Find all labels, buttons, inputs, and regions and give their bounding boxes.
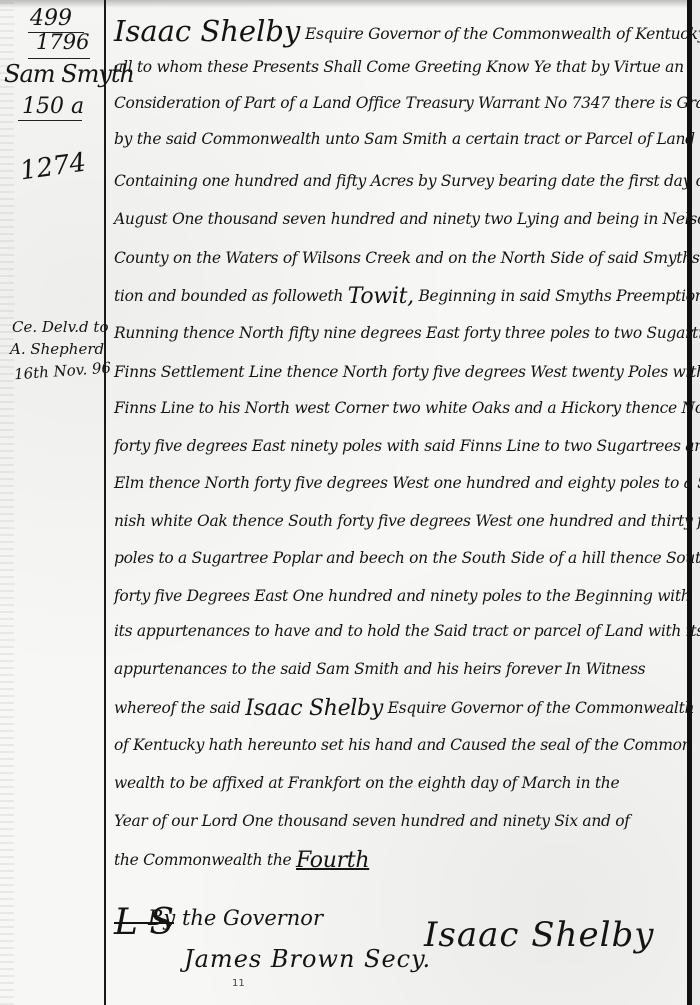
right-edge-strip [692,0,700,1005]
secretary-signature: James Brown Secy. [184,945,431,973]
grant-line: its appurtenances to have and to hold th… [114,622,700,640]
line-text: whereof the said [114,699,245,717]
grant-line: whereof the said Isaac Shelby Esquire Go… [114,696,694,721]
file-number: 1274 [18,148,88,187]
towit-word: Towit, [348,284,414,309]
grant-line: nish white Oak thence South forty five d… [114,512,700,530]
grant-line: appurtenances to the said Sam Smith and … [114,660,645,678]
record-year-rule [28,58,90,59]
acreage: 150 a [22,94,84,119]
page-mark: 11 [232,978,245,989]
grant-line: County on the Waters of Wilsons Creek an… [114,249,700,267]
line-text: Esquire Governor of the Commonwealth [383,699,694,717]
line-text: the Commonwealth the [114,851,296,869]
line-text: tion and bounded as followeth [114,287,348,305]
grant-line: all to whom these Presents Shall Come Gr… [114,58,684,76]
grant-line: Containing one hundred and fifty Acres b… [114,172,700,190]
margin-notes: 499 1796 Sam Smyth 150 a 1274 Ce. Delv.d… [0,0,104,1005]
grant-line: by the said Commonwealth unto Sam Smith … [114,130,695,148]
delivery-note-line: A. Shepherd [10,340,104,358]
line-text: Beginning in said Smyths Preemption line [414,287,700,305]
grant-line: the Commonwealth the Fourth [114,848,369,873]
grant-line: wealth to be affixed at Frankfort on the… [114,774,619,792]
grant-line: August One thousand seven hundred and ni… [114,210,700,228]
governor-signature: Isaac Shelby [424,915,654,955]
grant-line: poles to a Sugartree Poplar and beech on… [114,549,700,567]
acreage-rule [18,120,82,121]
grant-line: forty five degrees East ninety poles wit… [114,437,700,455]
grant-line: forty five Degrees East One hundred and … [114,587,690,605]
grant-line: Consideration of Part of a Land Office T… [114,94,700,112]
grant-line: Finns Line to his North west Corner two … [114,399,700,417]
grant-line: Year of our Lord One thousand seven hund… [114,812,630,830]
record-year: 1796 [36,30,89,54]
grant-line: Elm thence North forty five degrees West… [114,474,700,492]
margin-rule-line [104,0,106,1005]
grant-line: of Kentucky hath hereunto set his hand a… [114,736,691,754]
governor-name-heading: Isaac Shelby [114,14,300,48]
record-number: 499 [30,6,72,31]
delivery-note-line: Ce. Delv.d to [12,318,108,336]
fourth-word: Fourth [296,848,369,873]
grant-line: tion and bounded as followeth Towit, Beg… [114,284,700,309]
governor-name-inline: Isaac Shelby [245,696,383,721]
delivery-note-line: 16th Nov. 96 [13,359,111,384]
grant-line: Finns Settlement Line thence North forty… [114,363,700,381]
line-text: Esquire Governor of the Commonwealth of … [300,25,700,43]
by-the-governor: By the Governor [148,906,323,930]
grant-line: Isaac Shelby Esquire Governor of the Com… [114,14,700,48]
document-page: 499 1796 Sam Smyth 150 a 1274 Ce. Delv.d… [0,0,700,1005]
grant-line: Running thence North fifty nine degrees … [114,324,700,342]
